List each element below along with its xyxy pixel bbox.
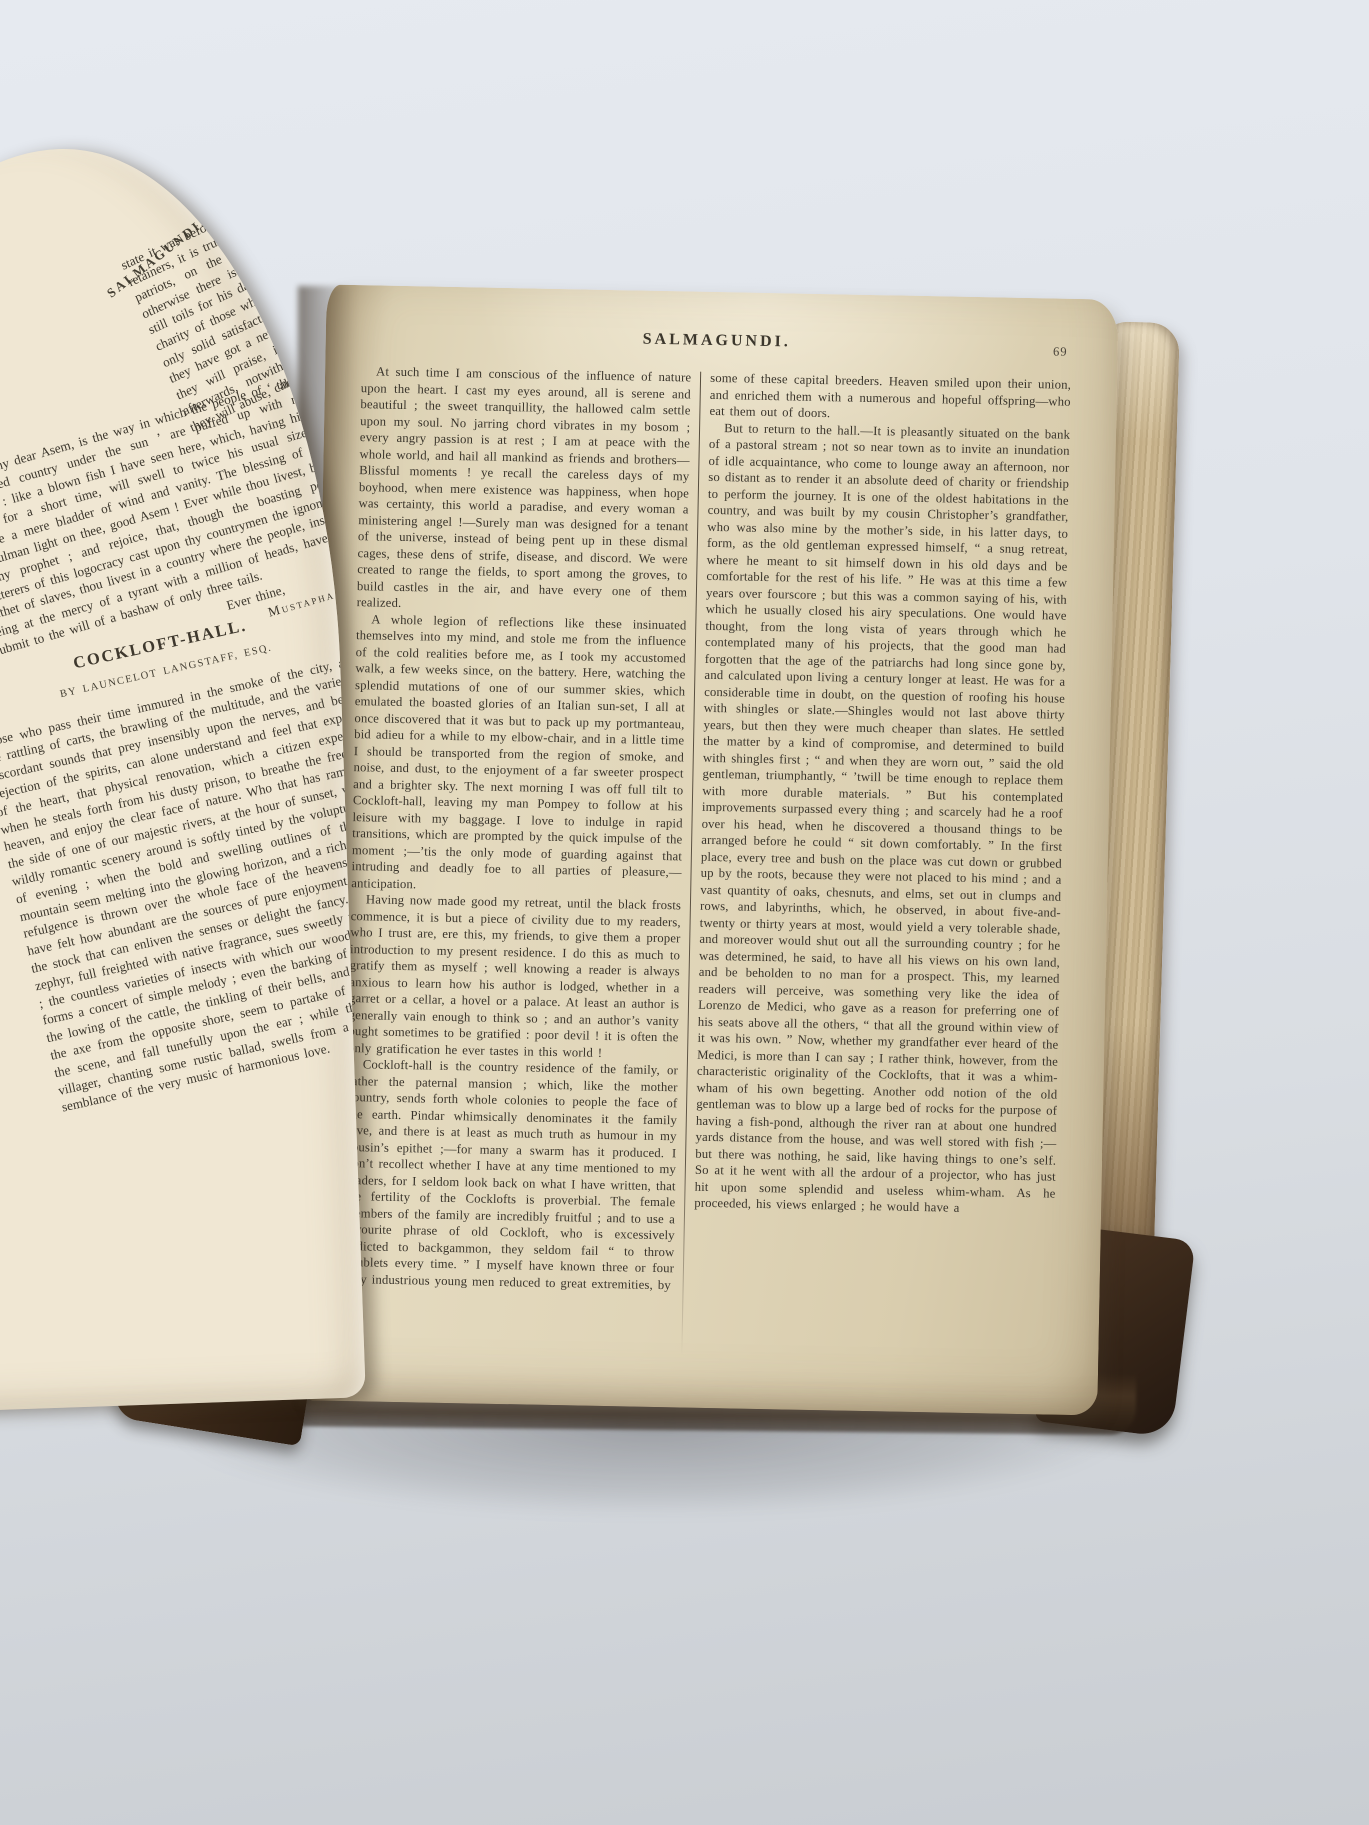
right-page-text-block: SALMAGUNDI. 69 At such time I am conscio… bbox=[305, 285, 1118, 1416]
running-title: SALMAGUNDI. bbox=[643, 331, 791, 351]
right-page: SALMAGUNDI. 69 At such time I am conscio… bbox=[305, 285, 1118, 1416]
running-head: SALMAGUNDI. 69 bbox=[362, 325, 1072, 365]
right-column: some of these capital breeders. Heaven s… bbox=[691, 370, 1071, 1363]
cockloft-hall-section: COCKLOFT-HALL. BY LAUNCELOT LANGSTAFF, E… bbox=[0, 593, 366, 1116]
turning-page: SALMAGUNDI. state it was before the last… bbox=[0, 140, 366, 1414]
paragraph: Cockloft-hall is the country residence o… bbox=[344, 1056, 679, 1293]
text-columns: At such time I am conscious of the influ… bbox=[342, 363, 1071, 1362]
paragraph: But to return to the hall.—It is pleasan… bbox=[694, 419, 1070, 1218]
section-body: Those who pass their time immured in the… bbox=[0, 649, 366, 1116]
paragraph: Having now made good my retreat, until t… bbox=[348, 891, 681, 1062]
photo-background: SALMAGUNDI. 69 At such time I am conscio… bbox=[0, 0, 1369, 1825]
page-number: 69 bbox=[1053, 344, 1068, 359]
paragraph: some of these capital breeders. Heaven s… bbox=[709, 370, 1071, 426]
paragraph: At such time I am conscious of the influ… bbox=[357, 363, 692, 617]
left-column: At such time I am conscious of the influ… bbox=[342, 363, 691, 1355]
paragraph: A whole legion of reflections like these… bbox=[351, 611, 686, 898]
